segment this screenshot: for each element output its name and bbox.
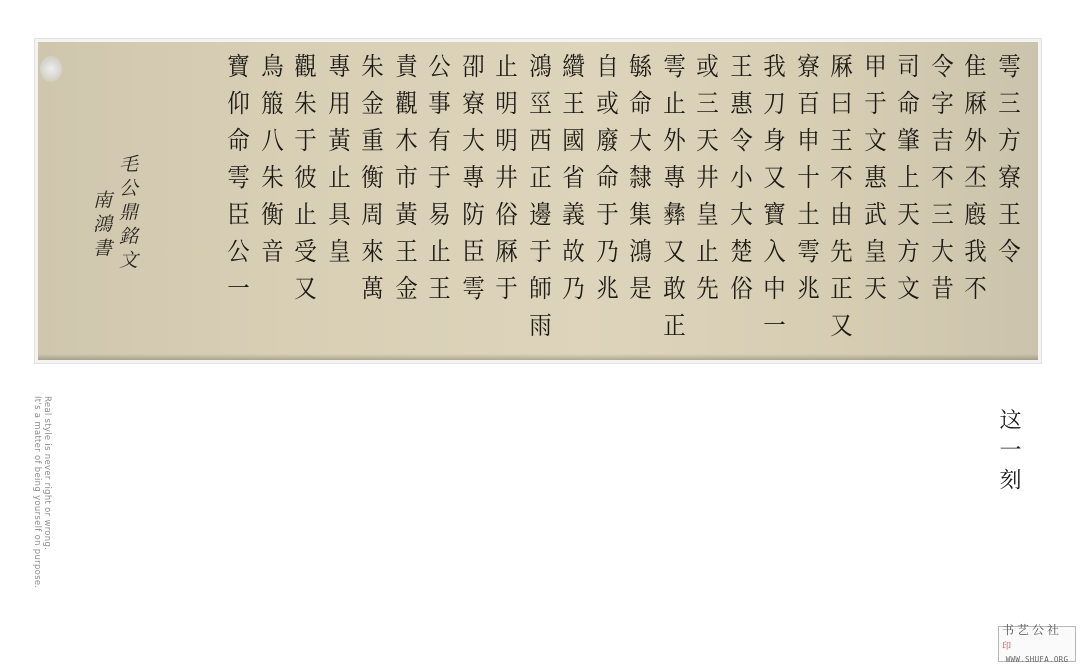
inscription-character: 國	[562, 126, 585, 159]
inscription-character: 隹	[964, 52, 987, 85]
inscription-character: 仰	[227, 89, 250, 122]
tagline-line-2: It's a matter of being yourself on purpo…	[32, 396, 42, 588]
inscription-character: 文	[864, 126, 887, 159]
tagline-line-1: Real style is never right or wrong.	[42, 396, 52, 588]
inscription-character: 文	[897, 274, 920, 307]
inscription-character: 命	[227, 126, 250, 159]
inscription-character: 字	[931, 89, 954, 122]
inscription-character: 于	[864, 89, 887, 122]
inscription-column: 專用黃止具皇	[325, 52, 355, 352]
inscription-character: 重	[361, 126, 384, 159]
inscription-character: 不	[830, 163, 853, 196]
inscription-character: 皇	[696, 200, 719, 233]
inscription-character: 中	[763, 274, 786, 307]
inscription-column: 寮百申十土雩兆	[794, 52, 824, 352]
inscription-column: 責觀木市黃王金	[392, 52, 422, 352]
inscription-character: 外	[964, 126, 987, 159]
inscription-character: 責	[395, 52, 418, 85]
inscription-character: 俗	[730, 274, 753, 307]
inscription-character: 鳥	[261, 52, 284, 85]
inscription-column: 自或廢命于乃兆	[593, 52, 623, 352]
inscription-column: 卲寮大專防臣雩	[459, 52, 489, 352]
inscription-character: 厤	[964, 89, 987, 122]
inscription-character: 俗	[495, 200, 518, 233]
inscription-character: 不	[964, 274, 987, 307]
inscription-character: 正	[529, 163, 552, 196]
inscription-column: 我刀身又寶入中一	[760, 52, 790, 352]
english-tagline: Real style is never right or wrong. It's…	[32, 396, 52, 588]
inscription-column: 隹厤外丕廏我不	[961, 52, 991, 352]
inscription-character: 于	[529, 237, 552, 270]
inscription-character: 令	[998, 237, 1021, 270]
inscription-character: 我	[964, 237, 987, 270]
inscription-character: 一	[763, 311, 786, 344]
inscription-character: 兆	[596, 274, 619, 307]
inscription-character: 具	[328, 200, 351, 233]
inscription-character: 防	[462, 200, 485, 233]
inscription-character: 隸	[629, 163, 652, 196]
inscription-character: 一	[227, 274, 250, 307]
inscription-character: 金	[395, 274, 418, 307]
inscription-character: 省	[562, 163, 585, 196]
inscription-character: 寶	[227, 52, 250, 85]
inscription-character: 三	[998, 89, 1021, 122]
inscription-character: 黃	[395, 200, 418, 233]
inscription-character: 王	[562, 89, 585, 122]
inscription-character: 寮	[797, 52, 820, 85]
inscription-character: 雩	[462, 274, 485, 307]
inscription-character: 臣	[462, 237, 485, 270]
inscription-character: 受	[294, 237, 317, 270]
inscription-character: 黃	[328, 126, 351, 159]
inscription-character: 寮	[998, 163, 1021, 196]
inscription-character: 纘	[562, 52, 585, 85]
inscription-character: 天	[897, 200, 920, 233]
inscription-character: 百	[797, 89, 820, 122]
inscription-character: 大	[629, 126, 652, 159]
inscription-character: 朱	[261, 163, 284, 196]
inscription-character: 止	[663, 89, 686, 122]
inscription-character: 刀	[763, 89, 786, 122]
inscription-column: 雩止外專彝又敢正	[660, 52, 690, 352]
inscription-character: 寶	[763, 200, 786, 233]
inscription-character: 敢	[663, 274, 686, 307]
inscription-character: 觀	[395, 89, 418, 122]
inscription-character: 又	[830, 311, 853, 344]
inscription-character: 小	[730, 163, 753, 196]
inscription-character: 厤	[495, 237, 518, 270]
inscription-character: 廢	[596, 126, 619, 159]
inscription-character: 是	[629, 274, 652, 307]
page-title: 这一刻	[993, 408, 1024, 498]
light-reflection	[40, 56, 62, 82]
inscription-character: 臣	[227, 200, 250, 233]
inscription-character: 專	[462, 163, 485, 196]
inscription-character: 雨	[529, 311, 552, 344]
inscription-character: 公	[428, 52, 451, 85]
inscription-character: 雩	[227, 163, 250, 196]
inscription-character: 朱	[294, 89, 317, 122]
inscription-character: 萬	[361, 274, 384, 307]
inscription-character: 止	[696, 237, 719, 270]
inscription-character: 觀	[294, 52, 317, 85]
inscription-character: 三	[931, 200, 954, 233]
inscription-character: 甲	[864, 52, 887, 85]
inscription-character: 肇	[897, 126, 920, 159]
inscription-character: 大	[931, 237, 954, 270]
inscription-character: 鴻	[629, 237, 652, 270]
inscription-character: 用	[328, 89, 351, 122]
inscription-character: 大	[462, 126, 485, 159]
inscription-character: 十	[797, 163, 820, 196]
calligraphy-scroll-image: 雩三方寮王令隹厤外丕廏我不令字吉不三大昔司命肇上天方文甲于文惠武皇天厤曰王不由先…	[38, 42, 1038, 360]
inscription-character: 市	[395, 163, 418, 196]
inscription-character: 八	[261, 126, 284, 159]
inscription-character: 丕	[964, 163, 987, 196]
inscription-character: 巠	[529, 89, 552, 122]
inscription-character: 止	[495, 52, 518, 85]
inscription-character: 或	[596, 89, 619, 122]
inscription-character: 明	[495, 126, 518, 159]
inscription-character: 止	[428, 237, 451, 270]
inscription-column: 觀朱于彼止受又	[291, 52, 321, 352]
inscription-character: 王	[428, 274, 451, 307]
inscription-character: 西	[529, 126, 552, 159]
inscription-character: 朱	[361, 52, 384, 85]
inscription-character: 金	[361, 89, 384, 122]
inscription-character: 皇	[328, 237, 351, 270]
inscription-character: 正	[830, 274, 853, 307]
inscription-column: 纘王國省義故乃	[559, 52, 589, 352]
inscription-character: 身	[763, 126, 786, 159]
inscription-character: 入	[763, 237, 786, 270]
inscription-column: 司命肇上天方文	[894, 52, 924, 352]
inscription-character: 昔	[931, 274, 954, 307]
inscription-character: 又	[294, 274, 317, 307]
inscription-character: 明	[495, 89, 518, 122]
inscription-character: 卲	[462, 52, 485, 85]
inscription-character: 井	[696, 163, 719, 196]
artwork-frame: 雩三方寮王令隹厤外丕廏我不令字吉不三大昔司命肇上天方文甲于文惠武皇天厤曰王不由先…	[34, 38, 1042, 364]
inscription-character: 由	[830, 200, 853, 233]
inscription-character: 命	[596, 163, 619, 196]
inscription-columns: 雩三方寮王令隹厤外丕廏我不令字吉不三大昔司命肇上天方文甲于文惠武皇天厤曰王不由先…	[224, 52, 1024, 352]
inscription-character: 楚	[730, 237, 753, 270]
inscription-column: 緐命大隸集鴻是	[626, 52, 656, 352]
inscription-character: 惠	[730, 89, 753, 122]
inscription-character: 彼	[294, 163, 317, 196]
inscription-character: 兆	[797, 274, 820, 307]
signature-title: 毛公鼎銘文	[116, 154, 138, 274]
inscription-character: 彝	[663, 200, 686, 233]
inscription-character: 命	[629, 89, 652, 122]
inscription-column: 令字吉不三大昔	[928, 52, 958, 352]
inscription-character: 故	[562, 237, 585, 270]
inscription-column: 鴻巠西正邊于師雨	[526, 52, 556, 352]
inscription-character: 方	[998, 126, 1021, 159]
inscription-character: 令	[931, 52, 954, 85]
inscription-character: 三	[696, 89, 719, 122]
inscription-column: 厤曰王不由先正又	[827, 52, 857, 352]
inscription-character: 事	[428, 89, 451, 122]
inscription-character: 廏	[964, 200, 987, 233]
inscription-column: 鳥箙八朱衡音	[258, 52, 288, 352]
inscription-character: 有	[428, 126, 451, 159]
inscription-character: 惠	[864, 163, 887, 196]
inscription-character: 衡	[261, 200, 284, 233]
inscription-character: 大	[730, 200, 753, 233]
inscription-character: 王	[830, 126, 853, 159]
inscription-column: 公事有于易止王	[425, 52, 455, 352]
inscription-column: 或三天井皇止先	[693, 52, 723, 352]
inscription-character: 于	[294, 126, 317, 159]
inscription-column: 雩三方寮王令	[995, 52, 1025, 352]
inscription-character: 先	[696, 274, 719, 307]
inscription-character: 武	[864, 200, 887, 233]
inscription-character: 我	[763, 52, 786, 85]
inscription-character: 吉	[931, 126, 954, 159]
inscription-character: 師	[529, 274, 552, 307]
inscription-character: 方	[897, 237, 920, 270]
inscription-character: 天	[864, 274, 887, 307]
inscription-character: 乃	[596, 237, 619, 270]
inscription-character: 止	[294, 200, 317, 233]
inscription-character: 義	[562, 200, 585, 233]
inscription-character: 自	[596, 52, 619, 85]
inscription-character: 又	[663, 237, 686, 270]
inscription-character: 天	[696, 126, 719, 159]
inscription-character: 上	[897, 163, 920, 196]
shufa-logo[interactable]: 书艺公社印 WWW.SHUFA.ORG	[998, 626, 1076, 662]
inscription-character: 木	[395, 126, 418, 159]
inscription-character: 雩	[663, 52, 686, 85]
inscription-character: 鴻	[529, 52, 552, 85]
inscription-character: 王	[395, 237, 418, 270]
inscription-character: 正	[663, 311, 686, 344]
inscription-character: 井	[495, 163, 518, 196]
inscription-character: 箙	[261, 89, 284, 122]
inscription-character: 曰	[830, 89, 853, 122]
inscription-character: 周	[361, 200, 384, 233]
inscription-character: 命	[897, 89, 920, 122]
inscription-character: 乃	[562, 274, 585, 307]
inscription-character: 公	[227, 237, 250, 270]
inscription-character: 音	[261, 237, 284, 270]
inscription-character: 于	[428, 163, 451, 196]
inscription-character: 不	[931, 163, 954, 196]
signature-artist: 南鴻書	[90, 190, 112, 274]
inscription-column: 王惠令小大楚俗	[727, 52, 757, 352]
inscription-character: 厤	[830, 52, 853, 85]
inscription-character: 外	[663, 126, 686, 159]
inscription-character: 止	[328, 163, 351, 196]
inscription-character: 專	[328, 52, 351, 85]
inscription-character: 于	[596, 200, 619, 233]
inscription-character: 易	[428, 200, 451, 233]
inscription-character: 邊	[529, 200, 552, 233]
inscription-character: 寮	[462, 89, 485, 122]
inscription-character: 衡	[361, 163, 384, 196]
inscription-character: 皇	[864, 237, 887, 270]
inscription-column: 寶仰命雩臣公一	[224, 52, 254, 352]
inscription-column: 甲于文惠武皇天	[861, 52, 891, 352]
inscription-character: 先	[830, 237, 853, 270]
inscription-character: 來	[361, 237, 384, 270]
inscription-column: 朱金重衡周來萬	[358, 52, 388, 352]
inscription-character: 雩	[998, 52, 1021, 85]
inscription-character: 王	[730, 52, 753, 85]
inscription-character: 專	[663, 163, 686, 196]
inscription-character: 或	[696, 52, 719, 85]
logo-chinese-text: 书艺公社印	[1002, 623, 1072, 655]
seal-icon: 印	[1002, 642, 1014, 652]
artist-signature: 毛公鼎銘文 南鴻書	[90, 154, 138, 274]
inscription-character: 土	[797, 200, 820, 233]
inscription-character: 司	[897, 52, 920, 85]
inscription-character: 緐	[629, 52, 652, 85]
inscription-character: 王	[998, 200, 1021, 233]
inscription-character: 集	[629, 200, 652, 233]
inscription-character: 令	[730, 126, 753, 159]
inscription-character: 于	[495, 274, 518, 307]
inscription-character: 申	[797, 126, 820, 159]
inscription-column: 止明明井俗厤于	[492, 52, 522, 352]
inscription-character: 又	[763, 163, 786, 196]
logo-url: WWW.SHUFA.ORG	[1006, 655, 1069, 665]
inscription-character: 雩	[797, 237, 820, 270]
